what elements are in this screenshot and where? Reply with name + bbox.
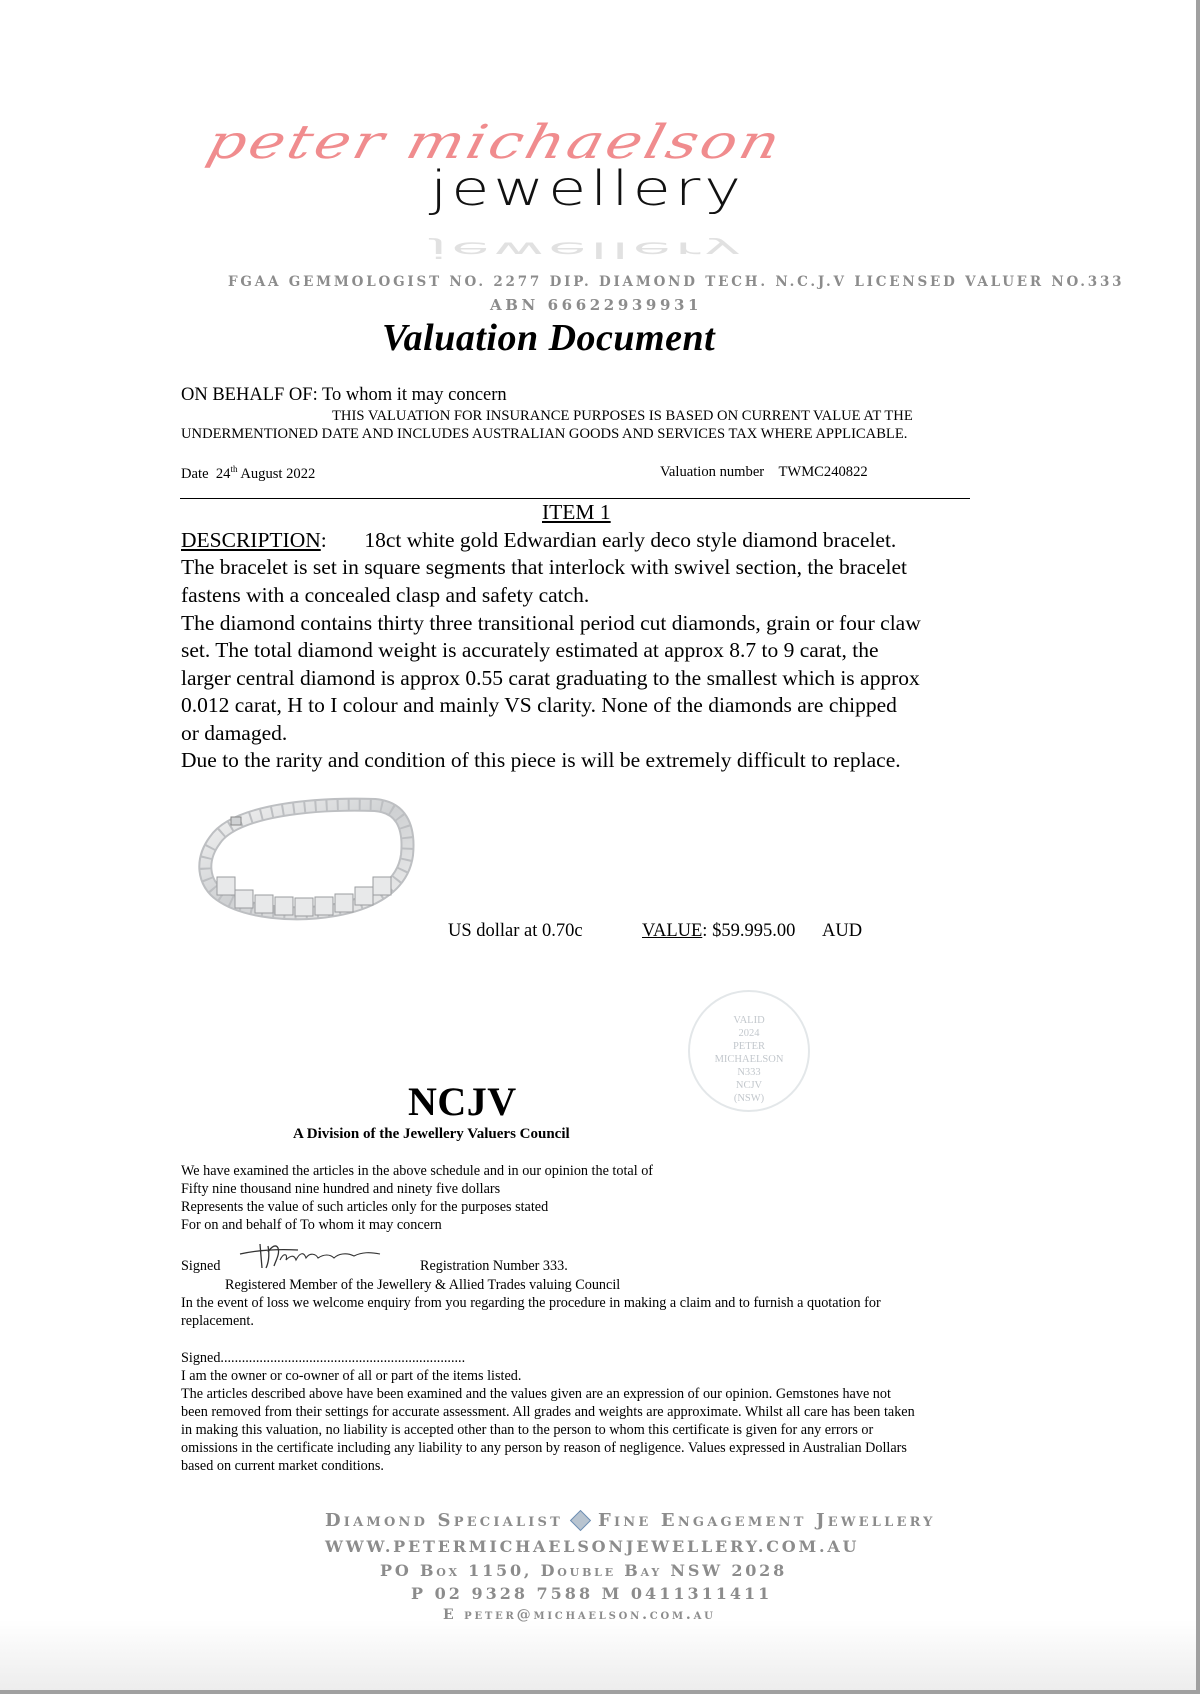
disclaimer-line: been removed from their settings for acc… [181,1404,915,1421]
disclaimer-line: based on current market conditions. [181,1458,384,1475]
date-label: Date [181,466,209,482]
member-line: Registered Member of the Jewellery & All… [225,1277,620,1294]
on-behalf-of: ON BEHALF OF: To whom it may concern [181,385,507,406]
ncjv-subtitle: A Division of the Jewellery Valuers Coun… [293,1126,570,1143]
description-line: The bracelet is set in square segments t… [181,555,907,580]
signature-icon [238,1238,388,1274]
valuation-number-label: Valuation number [660,464,764,480]
loss-enquiry-line-2: replacement. [181,1313,254,1330]
company-logo: peter michaelson jewellery jewellery [215,115,875,235]
date-suffix: th [230,464,237,474]
page-edge-right [1196,0,1200,1694]
description-line: set. The total diamond weight is accurat… [181,638,879,663]
certification-line: Fifty nine thousand nine hundred and nin… [181,1181,500,1198]
valuation-number-value: TWMC240822 [779,464,868,480]
description-line: or damaged. [181,721,287,746]
insurance-statement-2: UNDERMENTIONED DATE AND INCLUDES AUSTRAL… [181,426,907,443]
valuation-date: Date 24th August 2022 [181,464,315,483]
signed-label: Signed [181,1258,220,1275]
section-divider [180,498,970,499]
description-text: 18ct white gold Edwardian early deco sty… [364,528,896,552]
footer-phones: P 02 9328 7588 M 0411311411 [411,1584,772,1603]
abn-line: ABN 66622939931 [490,296,702,314]
description-line: larger central diamond is approx 0.55 ca… [181,666,920,691]
date-day: 24 [216,466,231,482]
disclaimer-line: omissions in the certificate including a… [181,1440,907,1457]
valuation-number: Valuation number TWMC240822 [660,464,868,481]
description-line: 0.012 carat, H to I colour and mainly VS… [181,693,897,718]
value-label: VALUE [642,921,702,941]
disclaimer-line: in making this valuation, no liability i… [181,1422,873,1439]
tagline-left: Diamond Specialist [325,1510,563,1531]
valuer-seal-stamp: VALID 2024 PETER MICHAELSON N333 NCJV (N… [688,990,810,1112]
valuation-amount: VALUE: $59.995.00 AUD [642,921,862,942]
bracelet-photo [195,795,417,925]
footer-website[interactable]: WWW.PETERMICHAELSONJEWELLERY.COM.AU [325,1537,859,1556]
footer-tagline: Diamond SpecialistFine Engagement Jewell… [325,1510,936,1531]
page-bottom-shade [0,1620,1196,1690]
description-line: fastens with a concealed clasp and safet… [181,583,589,608]
certification-line: We have examined the articles in the abo… [181,1163,653,1180]
description-line: The diamond contains thirty three transi… [181,611,921,636]
value-currency: AUD [822,921,862,941]
owner-signature-line: Signed..................................… [181,1350,465,1367]
certification-line: For on and behalf of To whom it may conc… [181,1217,442,1234]
date-month-year: August 2022 [240,466,315,482]
owner-statement: I am the owner or co-owner of all or par… [181,1368,521,1385]
seal-text: VALID 2024 PETER MICHAELSON N333 NCJV (N… [690,1014,808,1105]
exchange-rate: US dollar at 0.70c [448,921,583,942]
loss-enquiry-line-1: In the event of loss we welcome enquiry … [181,1295,881,1312]
description-line-1: DESCRIPTION: 18ct white gold Edwardian e… [181,528,896,553]
disclaimer-line: The articles described above have been e… [181,1386,891,1403]
diamond-icon [570,1509,591,1530]
insurance-statement-1: THIS VALUATION FOR INSURANCE PURPOSES IS… [332,408,913,425]
footer-address: PO Box 1150, Double Bay NSW 2028 [380,1561,787,1580]
page-edge-bottom [0,1690,1200,1694]
value-amount: $59.995.00 [712,921,795,941]
certification-line: Represents the value of such articles on… [181,1199,548,1216]
logo-word-text: jewellery [430,160,745,217]
footer-email[interactable]: E peter@michaelson.com.au [443,1607,716,1623]
description-line: Due to the rarity and condition of this … [181,748,901,773]
registration-number: Registration Number 333. [420,1258,568,1275]
description-label: DESCRIPTION [181,528,321,552]
credentials-line: FGAA GEMMOLOGIST NO. 2277 DIP. DIAMOND T… [228,274,1124,290]
tagline-right: Fine Engagement Jewellery [598,1510,936,1531]
ncjv-heading: NCJV [408,1078,517,1125]
logo-reflection: jewellery [430,237,745,263]
document-title: Valuation Document [382,316,715,360]
item-heading: ITEM 1 [542,500,611,525]
